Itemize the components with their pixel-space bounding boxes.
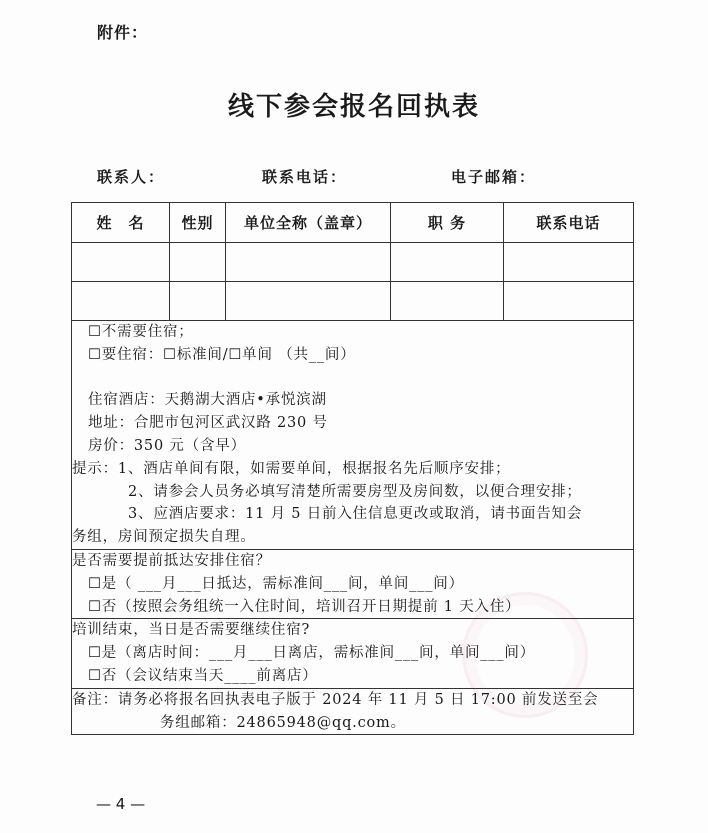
tip-3-continued: 务组，房间预定损失自理。 [72, 526, 633, 549]
spacer [72, 367, 633, 390]
extended-stay-yes-option[interactable]: ☐是（离店时间：___月___日离店，需标准间___间，单间___间） [72, 642, 633, 665]
cell-position[interactable] [391, 243, 504, 282]
need-accommodation-option[interactable]: ☐要住宿：☐标准间/☐单间 （共__间） [72, 344, 633, 367]
early-arrival-no-option[interactable]: ☐否（按照会务组统一入住时间，培训召开日期提前 1 天入住） [72, 596, 633, 619]
remark-line-1: 备注：请务必将报名回执表电子版于 2024 年 11 月 5 日 17:00 前… [72, 689, 633, 712]
extended-stay-no-option[interactable]: ☐否（会议结束当天____前离店） [72, 665, 633, 688]
cell-organization[interactable] [226, 243, 391, 282]
extended-stay-row: 培训结束，当日是否需要继续住宿? ☐是（离店时间：___月___日离店，需标准间… [72, 619, 634, 688]
cell-name[interactable] [72, 243, 170, 282]
no-accommodation-option[interactable]: ☐不需要住宿； [72, 321, 633, 344]
table-header-row: 姓 名 性别 单位全称（盖章） 职 务 联系电话 [72, 203, 634, 243]
accommodation-row: ☐不需要住宿； ☐要住宿：☐标准间/☐单间 （共__间） 住宿酒店：天鹅湖大酒店… [72, 321, 634, 550]
table-row [72, 243, 634, 282]
column-header-name: 姓 名 [72, 203, 170, 243]
hotel-name: 住宿酒店：天鹅湖大酒店•承悦滨湖 [72, 389, 633, 412]
column-header-organization: 单位全称（盖章） [226, 203, 391, 243]
early-arrival-section: 是否需要提前抵达安排住宿？ ☐是（ ___月___日抵达，需标准间___间，单间… [72, 549, 634, 618]
room-price: 房价：350 元（含早） [72, 435, 633, 458]
tip-1: 提示：1、酒店单间有限，如需要单间，根据报名先后顺序安排； [72, 458, 633, 481]
cell-phone[interactable] [504, 243, 634, 282]
remark-line-2: 务组邮箱：24865948@qq.com。 [72, 712, 633, 735]
column-header-position: 职 务 [391, 203, 504, 243]
cell-name[interactable] [72, 282, 170, 321]
remark-section: 备注：请务必将报名回执表电子版于 2024 年 11 月 5 日 17:00 前… [72, 688, 634, 735]
tip-2: 2、请参会人员务必填写清楚所需要房型及房间数，以便合理安排； [72, 481, 633, 504]
hotel-address: 地址：合肥市包河区武汉路 230 号 [72, 412, 633, 435]
extended-stay-question: 培训结束，当日是否需要继续住宿? [72, 619, 633, 642]
column-header-phone: 联系电话 [504, 203, 634, 243]
cell-organization[interactable] [226, 282, 391, 321]
registration-form-table: 姓 名 性别 单位全称（盖章） 职 务 联系电话 ☐不需要住宿； ☐要住宿：☐标… [71, 202, 634, 735]
contact-phone-label: 联系电话： [262, 166, 347, 187]
early-arrival-yes-option[interactable]: ☐是（ ___月___日抵达，需标准间___间，单间___间） [72, 573, 633, 596]
cell-gender[interactable] [170, 243, 226, 282]
table-row [72, 282, 634, 321]
page-number: — 4 — [96, 795, 145, 813]
contact-email-label: 电子邮箱： [451, 166, 536, 187]
remark-row: 备注：请务必将报名回执表电子版于 2024 年 11 月 5 日 17:00 前… [72, 688, 634, 735]
extended-stay-section: 培训结束，当日是否需要继续住宿? ☐是（离店时间：___月___日离店，需标准间… [72, 619, 634, 688]
cell-phone[interactable] [504, 282, 634, 321]
early-arrival-row: 是否需要提前抵达安排住宿？ ☐是（ ___月___日抵达，需标准间___间，单间… [72, 549, 634, 618]
tip-3: 3、应酒店要求：11 月 5 日前入住信息更改或取消，请书面告知会 [72, 503, 633, 526]
early-arrival-question: 是否需要提前抵达安排住宿？ [72, 550, 633, 573]
cell-position[interactable] [391, 282, 504, 321]
cell-gender[interactable] [170, 282, 226, 321]
accommodation-section: ☐不需要住宿； ☐要住宿：☐标准间/☐单间 （共__间） 住宿酒店：天鹅湖大酒店… [72, 321, 634, 550]
attachment-label: 附件： [97, 20, 148, 43]
column-header-gender: 性别 [170, 203, 226, 243]
contact-person-label: 联系人： [97, 166, 165, 187]
page-title: 线下参会报名回执表 [0, 86, 708, 123]
